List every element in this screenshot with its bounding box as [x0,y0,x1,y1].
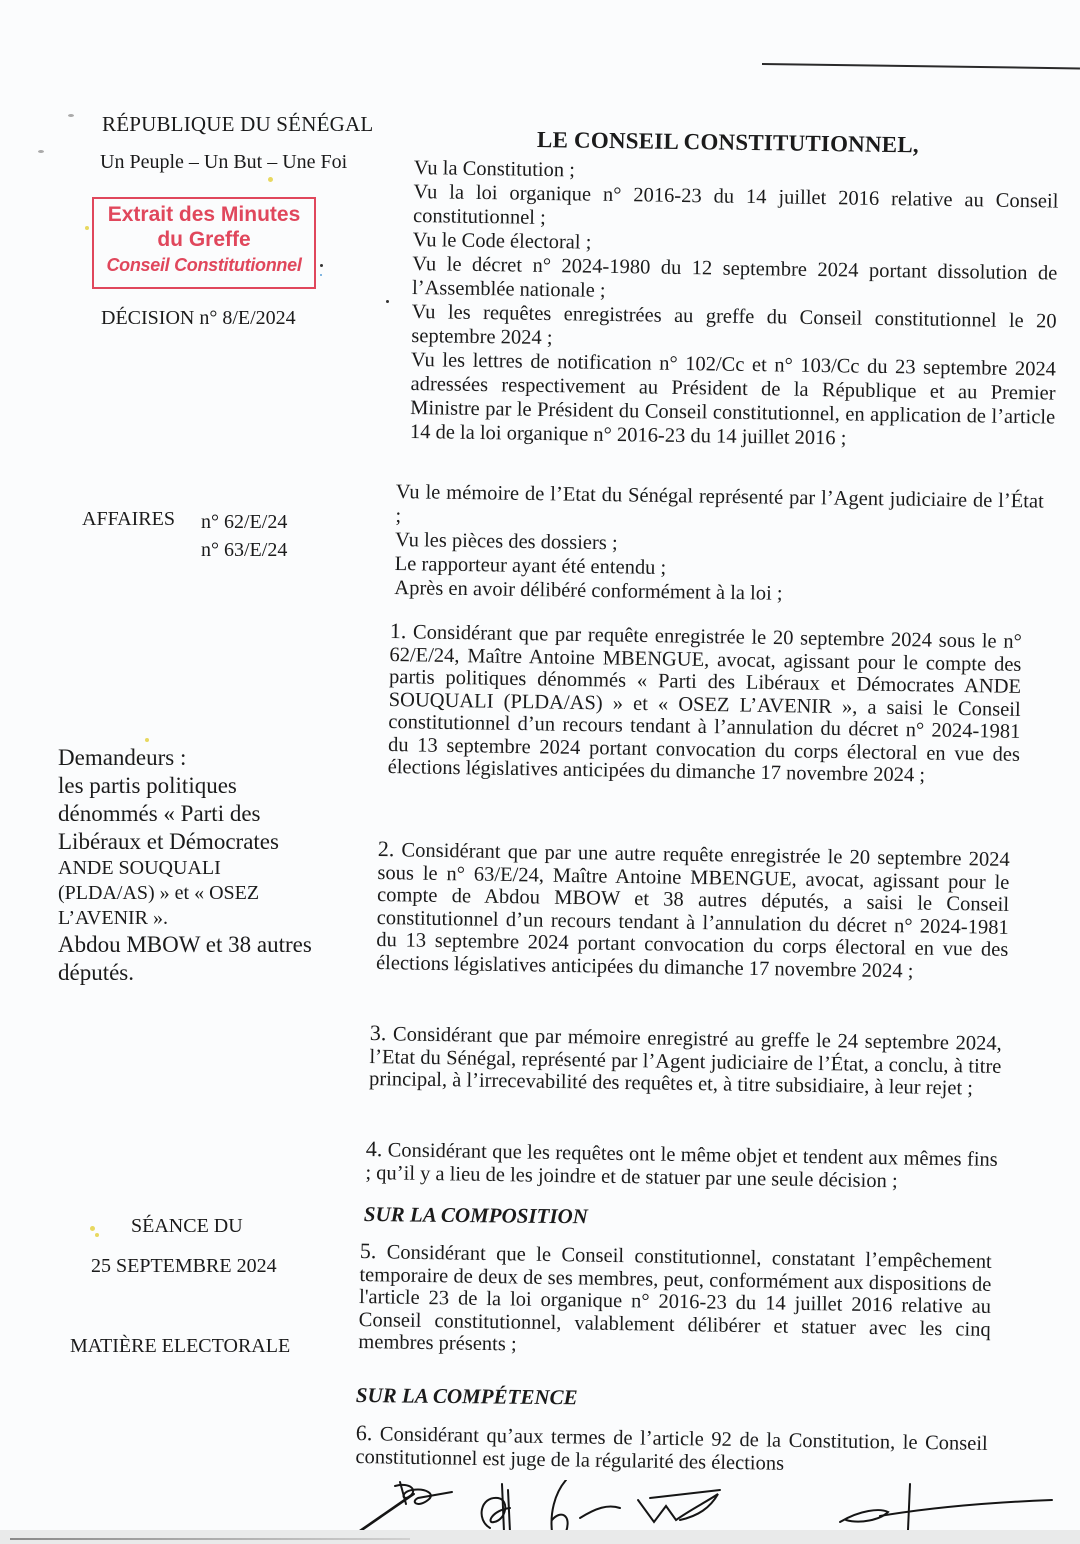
seance-label: SÉANCE DU [131,1214,243,1238]
visa-item: Vu les lettres de notification n° 102/Cc… [410,348,1056,454]
considerant-4: 4. Considérant que les requêtes ont le m… [365,1138,998,1194]
section-heading-composition: SUR LA COMPOSITION [364,1202,588,1229]
considerant-3: 3. Considérant que par mémoire enregistr… [369,1022,1002,1100]
scan-speck [68,114,74,117]
scan-speck [268,177,273,182]
considerant-text: Considérant que le Conseil constitutionn… [358,1241,992,1355]
considerant-text: Considérant que les requêtes ont le même… [365,1139,998,1192]
demandeurs-line: dénommés « Parti des [58,800,348,828]
demandeurs-block: Demandeurs : les partis politiques dénom… [58,744,348,987]
scan-bottom-edge [0,1530,1080,1544]
considerant-2: 2. Considérant que par une autre requête… [376,838,1010,984]
considerant-number: 5. [360,1238,377,1263]
considerant-number: 4. [366,1136,383,1161]
considerant-text: Considérant qu’aux termes de l’article 9… [355,1423,988,1474]
considerant-number: 6. [356,1420,373,1445]
demandeurs-line: députés. [58,959,348,987]
demandeurs-line: (PLDA/AS) » et « OSEZ [58,881,348,906]
signatures-icon [340,1480,1060,1532]
scan-speck [90,1226,95,1231]
signature-4-icon [638,1490,720,1522]
matiere-label: MATIÈRE ELECTORALE [70,1334,290,1358]
republic-heading: RÉPUBLIQUE DU SÉNÉGAL [102,112,373,136]
considerant-number: 3. [370,1020,387,1045]
affaire-number: n° 63/E/24 [201,538,287,562]
national-motto: Un Peuple – Un But – Une Foi [100,150,347,174]
signature-3-icon [552,1480,620,1532]
scan-speck [95,1233,99,1237]
seance-date: 25 SEPTEMBRE 2024 [91,1254,277,1278]
affaires-label: AFFAIRES [82,507,175,531]
demandeurs-title: Demandeurs : [58,744,348,772]
scan-speck [38,150,44,153]
demandeurs-line: ANDE SOUQUALI [58,856,348,881]
demandeurs-line: L’AVENIR ». [58,906,348,931]
considerant-5: 5. Considérant que le Conseil constituti… [358,1240,992,1363]
visas-block: Vu la Constitution ; Vu la loi organique… [410,156,1059,454]
stamp-line-3: Conseil Constitutionnel [94,252,314,278]
affaire-number: n° 62/E/24 [201,510,287,534]
section-heading-competence: SUR LA COMPÉTENCE [356,1383,578,1410]
considerant-number: 1. [390,618,407,643]
visas-block-2: Vu le mémoire de l’Etat du Sénégal repré… [394,480,1044,610]
considerant-number: 2. [378,836,395,861]
considerant-text: Considérant que par requête enregistrée … [388,621,1022,786]
signature-2-icon [482,1484,510,1532]
signature-1-icon [358,1482,452,1532]
considerant-1: 1. Considérant que par requête enregistr… [388,620,1022,788]
signature-5-icon [840,1484,1052,1530]
top-rule-line [762,63,1080,69]
scan-speck [320,274,322,276]
document-page: RÉPUBLIQUE DU SÉNÉGAL Un Peuple – Un But… [0,0,1080,1530]
stamp-line-2: du Greffe [94,227,314,252]
considerant-text: Considérant que par mémoire enregistré a… [369,1023,1002,1099]
demandeurs-line: les partis politiques [58,772,348,800]
considerant-6: 6. Considérant qu’aux termes de l’articl… [355,1422,988,1478]
scan-speck [386,300,389,303]
scan-speck [85,226,89,230]
demandeurs-line: Abdou MBOW et 38 autres [58,931,348,959]
demandeurs-line: Libéraux et Démocrates [58,828,348,856]
considerant-text: Considérant que par une autre requête en… [376,839,1010,982]
decision-number: DÉCISION n° 8/E/2024 [101,306,296,330]
scan-speck [145,738,149,742]
council-title: LE CONSEIL CONSTITUTIONNEL, [537,127,919,158]
registry-stamp: Extrait des Minutes du Greffe Conseil Co… [92,197,316,289]
stamp-line-1: Extrait des Minutes [94,203,314,227]
scan-speck [320,264,323,267]
